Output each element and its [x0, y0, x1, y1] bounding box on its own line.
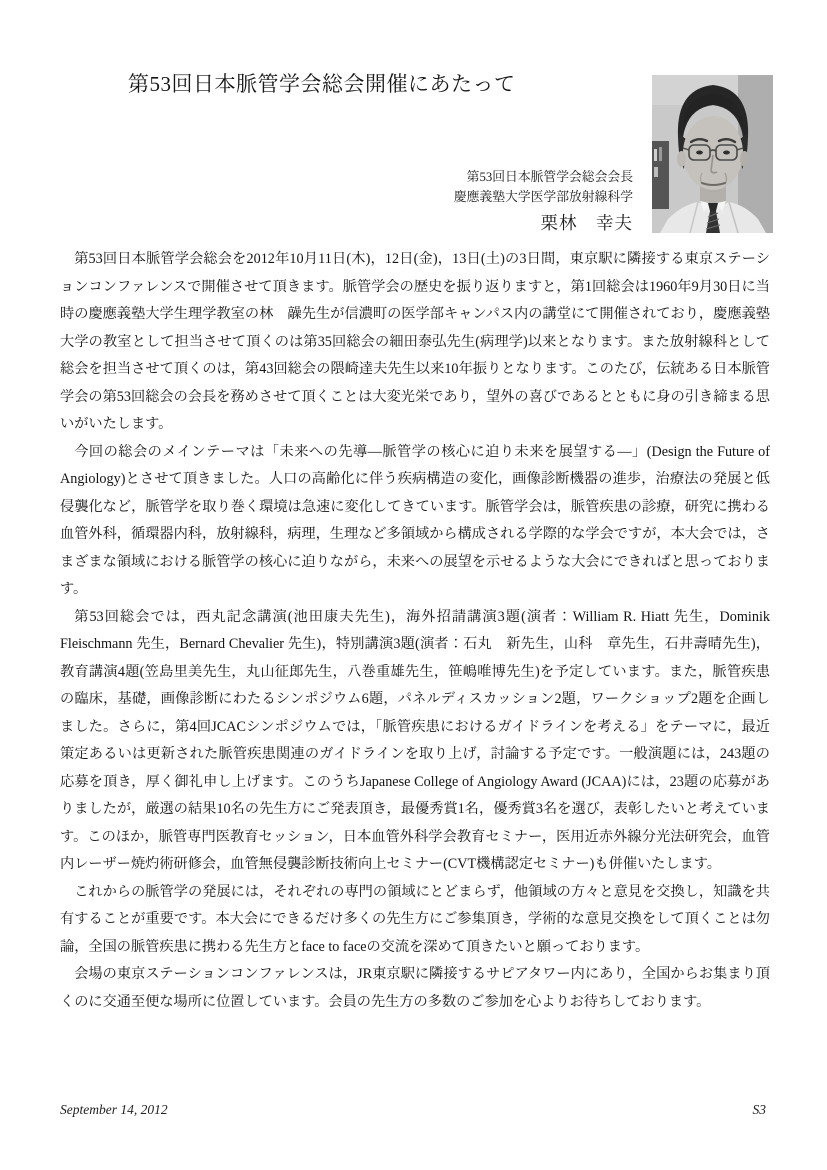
- author-role: 第53回日本脈管学会総会会長: [454, 168, 633, 188]
- page-footer: September 14, 2012 S3: [60, 1102, 766, 1118]
- author-block: 第53回日本脈管学会総会会長 慶應義塾大学医学部放射線科学 栗林 幸夫: [454, 168, 633, 235]
- document-page: 第53回日本脈管学会総会開催にあたって: [0, 0, 827, 1170]
- body-paragraph: 第53回総会では，西丸記念講演(池田康夫先生)，海外招請講演3題(演者：Will…: [60, 604, 770, 879]
- body-paragraph: 第53回日本脈管学会総会を2012年10月11日(木)，12日(金)，13日(土…: [60, 246, 770, 439]
- body-paragraph: 今回の総会のメインテーマは「未来への先導―脈管学の核心に迫り未来を展望する―」(…: [60, 439, 770, 604]
- body-paragraph: これからの脈管学の発展には，それぞれの専門の領域にとどまらず，他領域の方々と意見…: [60, 879, 770, 962]
- body-text: 第53回日本脈管学会総会を2012年10月11日(木)，12日(金)，13日(土…: [60, 246, 770, 1016]
- chairman-portrait-photo: [652, 75, 773, 233]
- footer-date: September 14, 2012: [60, 1102, 168, 1118]
- portrait-illustration: [652, 75, 773, 233]
- page-title: 第53回日本脈管学会総会開催にあたって: [128, 68, 516, 98]
- body-paragraph: 会場の東京ステーションコンファレンスは，JR東京駅に隣接するサピアタワー内にあり…: [60, 961, 770, 1016]
- author-name: 栗林 幸夫: [454, 211, 633, 235]
- author-affiliation: 慶應義塾大学医学部放射線科学: [454, 188, 633, 208]
- footer-page-number: S3: [753, 1102, 767, 1118]
